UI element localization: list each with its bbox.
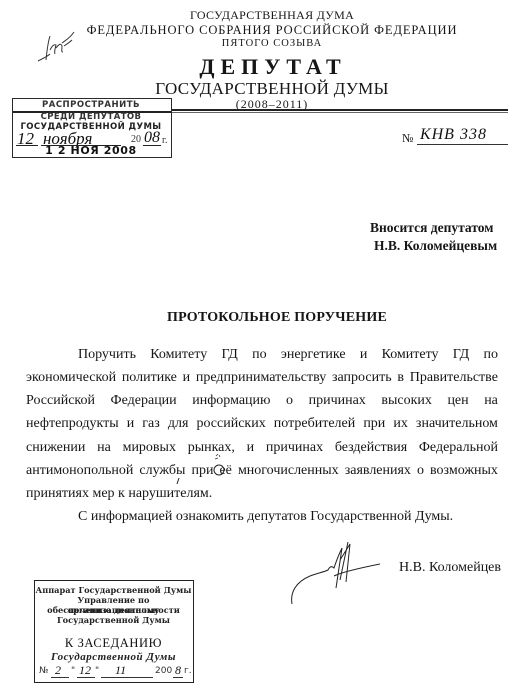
word: запросить — [332, 370, 392, 386]
session-number-value: 2 — [55, 663, 61, 678]
word: российских — [196, 416, 265, 432]
session-month-underline — [101, 677, 153, 678]
word: о — [286, 393, 293, 409]
word: заявлениях — [345, 463, 411, 479]
session-day-underline — [77, 677, 95, 678]
body-line-4: нефтепродукты и газ для российских потре… — [26, 416, 498, 432]
introduced-by-line-1: Вносится депутатом — [370, 220, 493, 236]
word: значительном — [416, 416, 498, 432]
word: многочисленных — [238, 463, 339, 479]
session-day-value: 12 — [79, 663, 91, 678]
word: по — [252, 347, 267, 363]
word: Российской — [26, 393, 95, 409]
session-stamp-subheading: Государственной Думы — [35, 651, 192, 663]
session-stamp-date-row: № 2 " 12 " 11 200 8 г. — [39, 666, 191, 680]
word: Комитету — [382, 347, 439, 363]
word: нефтепродукты — [26, 416, 119, 432]
session-number-label: № — [39, 666, 48, 676]
word: и — [127, 416, 135, 432]
initials-signature-icon — [34, 30, 84, 64]
session-month-value: 11 — [115, 663, 126, 678]
word: информацию — [192, 393, 270, 409]
document-number-underline — [417, 144, 508, 145]
word: ГД — [453, 347, 469, 363]
session-century: 200 — [155, 666, 172, 676]
word: снижении — [26, 440, 85, 456]
letterhead-line-1: ГОСУДАРСТВЕННАЯ ДУМА — [0, 8, 524, 23]
word: Федеральной — [419, 440, 498, 456]
word: при — [363, 416, 385, 432]
session-stamp: Аппарат Государственной Думы Управление … — [34, 580, 194, 683]
word: Федерации — [111, 393, 177, 409]
word: политике — [122, 370, 177, 386]
word: причинах — [266, 440, 323, 456]
word: их — [393, 416, 408, 432]
session-year-underline — [173, 677, 183, 678]
word: и — [183, 370, 191, 386]
word: для — [168, 416, 189, 432]
distribution-stamp: РАСПРОСТРАНИТЬ СРЕДИ ДЕПУТАТОВ ГОСУДАРСТ… — [12, 98, 172, 158]
signatory-name: Н.В. Коломейцев — [399, 560, 501, 576]
stamp-among-deputies: СРЕДИ ДЕПУТАТОВ — [13, 112, 169, 122]
word: предпринимательству — [196, 370, 326, 386]
word: энергетике — [281, 347, 346, 363]
handwritten-correction-icon — [175, 452, 235, 488]
word: ГД — [221, 347, 237, 363]
document-title: ПРОТОКОЛЬНОЕ ПОРУЧЕНИЕ — [0, 310, 524, 326]
body-line-5: снижении на мировых рынках, и причинах б… — [26, 440, 498, 456]
word: и — [360, 347, 368, 363]
word: потребителей — [274, 416, 355, 432]
document-number-label: № — [402, 131, 413, 146]
quote-open: " — [71, 666, 75, 676]
body-line-7: принятиях мер к нарушителям. — [26, 486, 498, 502]
body-line-3: Российской Федерации информацию о причин… — [26, 393, 498, 409]
session-stamp-line-4: Государственной Думы — [35, 615, 192, 625]
session-stamp-line-3: обеспечению деятельности — [35, 605, 192, 615]
word: экономической — [26, 370, 116, 386]
word: бездействия — [335, 440, 407, 456]
word: по — [483, 347, 498, 363]
stamp-distribute-label: РАСПРОСТРАНИТЬ — [13, 100, 169, 110]
document-number-value: КНВ 338 — [420, 126, 487, 144]
session-year-suffix: г. — [184, 666, 192, 676]
letterhead-duma: ГОСУДАРСТВЕННОЙ ДУМЫ — [0, 79, 524, 99]
word: возможных — [430, 463, 498, 479]
word: и — [247, 440, 255, 456]
word: в — [397, 370, 404, 386]
word: Правительстве — [410, 370, 498, 386]
body-line-1: Поручить Комитету ГД по энергетике и Ком… — [78, 347, 498, 363]
word: Комитету — [150, 347, 207, 363]
word: мировых — [123, 440, 176, 456]
word: антимонопольной — [26, 463, 133, 479]
session-stamp-heading: К ЗАСЕДАНИЮ — [35, 636, 192, 651]
word: причинах — [309, 393, 366, 409]
body-paragraph-2: С информацией ознакомить депутатов Госуд… — [78, 509, 524, 525]
session-number-underline — [51, 677, 69, 678]
stamp-date: 1 2 НОЯ 2008 — [13, 144, 169, 157]
signature-scribble-icon — [290, 540, 380, 606]
introduced-by-line-2: Н.В. Коломейцевым — [374, 238, 497, 254]
word: высоких — [381, 393, 432, 409]
session-year-value: 8 — [175, 663, 181, 678]
word: газ — [142, 416, 160, 432]
word: о — [417, 463, 424, 479]
body-line-2: экономической политике и предприниматель… — [26, 370, 498, 386]
word: на — [484, 393, 498, 409]
word: на — [97, 440, 111, 456]
session-stamp-line-1: Аппарат Государственной Думы — [35, 585, 192, 595]
quote-close: " — [95, 666, 99, 676]
body-line-6: антимонопольной службы при её многочисле… — [26, 463, 498, 479]
word: Поручить — [78, 347, 136, 363]
word: цен — [447, 393, 468, 409]
